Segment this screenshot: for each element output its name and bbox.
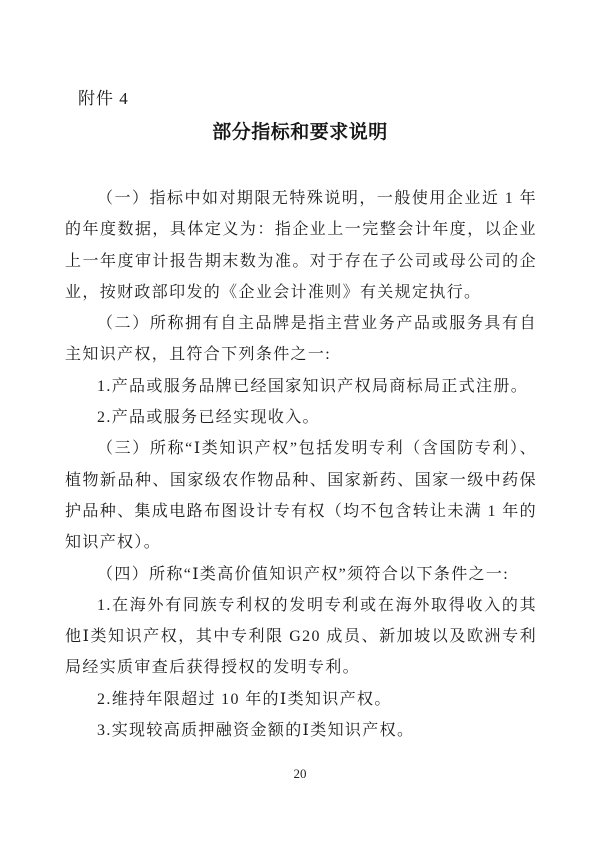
paragraph: （二）所称拥有自主品牌是指主营业务产品或服务具有自主知识产权，且符合下列条件之一… [65, 308, 537, 371]
document-title: 部分指标和要求说明 [0, 122, 600, 144]
paragraph: 2.产品或服务已经实现收入。 [65, 402, 537, 433]
document-body: （一）指标中如对期限无特殊说明，一般使用企业近 1 年的年度数据，具体定义为：指… [65, 183, 537, 746]
attachment-label: 附件 4 [78, 89, 129, 109]
paragraph: 1.产品或服务品牌已经国家知识产权局商标局正式注册。 [65, 371, 537, 402]
paragraph: （四）所称“Ⅰ类高价值知识产权”须符合以下条件之一: [65, 559, 537, 590]
paragraph: 3.实现较高质押融资金额的Ⅰ类知识产权。 [65, 715, 537, 746]
paragraph: 2.维持年限超过 10 年的Ⅰ类知识产权。 [65, 684, 537, 715]
paragraph: （一）指标中如对期限无特殊说明，一般使用企业近 1 年的年度数据，具体定义为：指… [65, 183, 537, 308]
paragraph: 1.在海外有同族专利权的发明专利或在海外取得收入的其他Ⅰ类知识产权，其中专利限 … [65, 590, 537, 684]
document-page: 附件 4 部分指标和要求说明 （一）指标中如对期限无特殊说明，一般使用企业近 1… [0, 0, 600, 848]
page-number: 20 [0, 766, 600, 782]
paragraph: （三）所称“Ⅰ类知识产权”包括发明专利（含国防专利）、植物新品种、国家级农作物品… [65, 433, 537, 558]
